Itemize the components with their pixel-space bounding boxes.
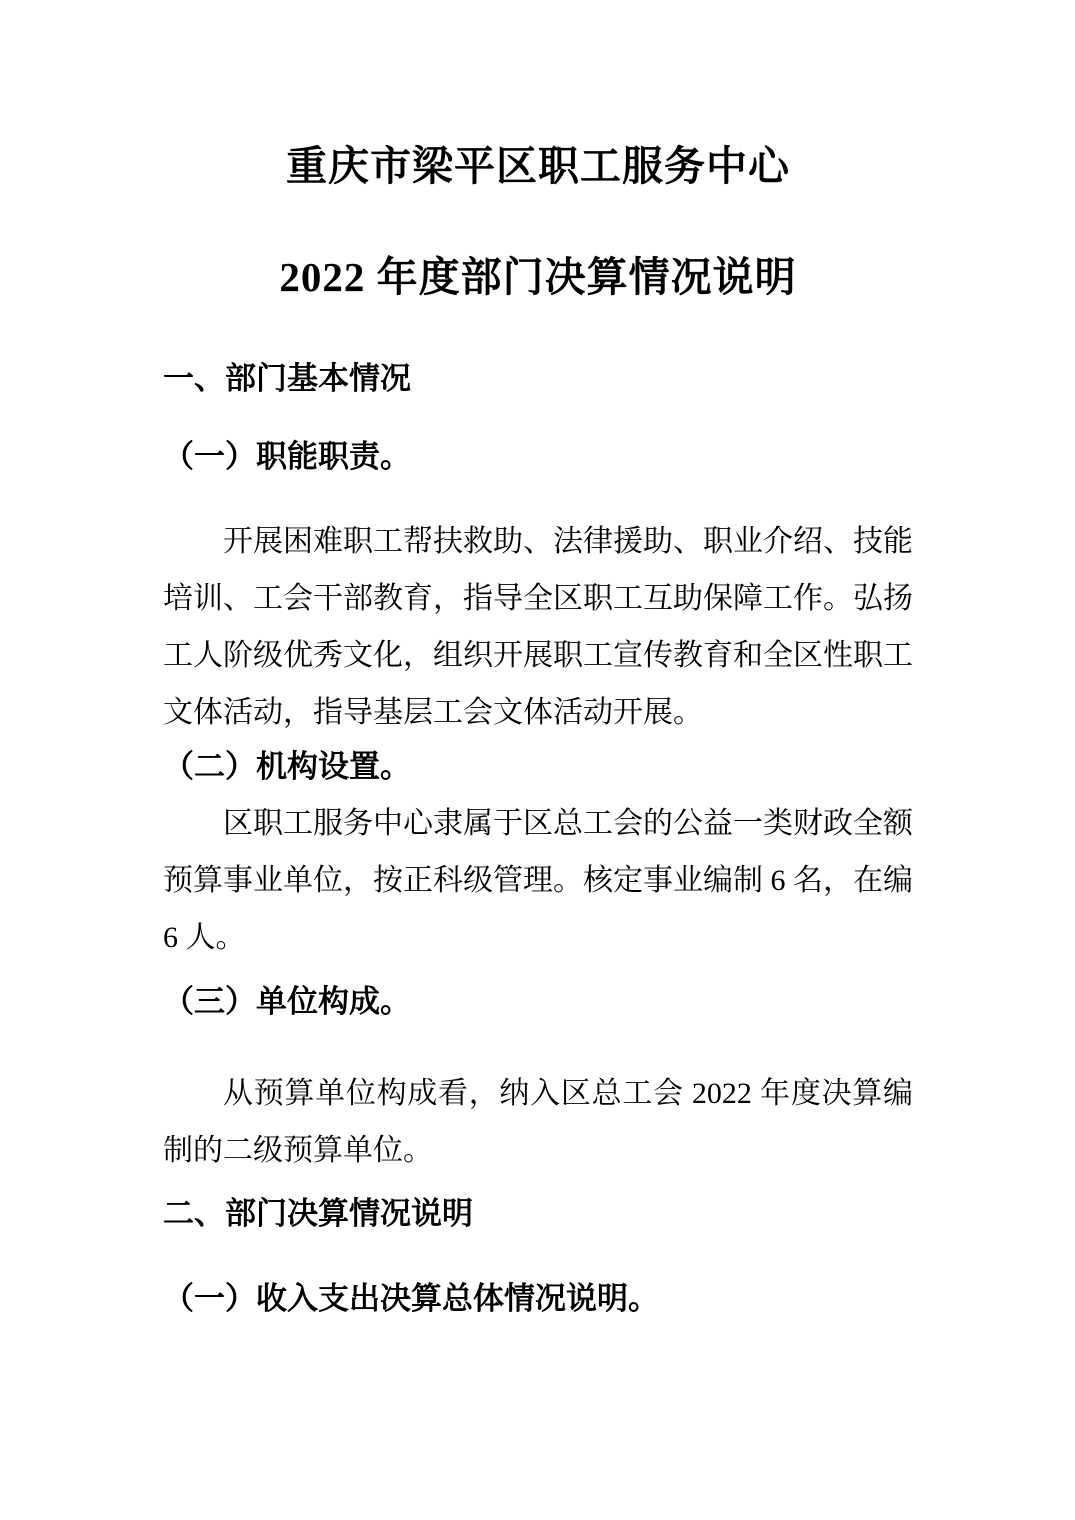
- section-2-heading: 二、部门决算情况说明: [163, 1192, 913, 1236]
- subsection-1-3-heading: （三）单位构成。: [163, 980, 913, 1024]
- subsection-1-1-heading: （一）职能职责。: [163, 435, 913, 479]
- subsection-1-2-heading: （二）机构设置。: [163, 745, 913, 789]
- subsection-1-1-paragraph: 开展困难职工帮扶救助、法律援助、职业介绍、技能培训、工会干部教育，指导全区职工互…: [163, 513, 913, 741]
- section-1-heading: 一、部门基本情况: [163, 357, 913, 401]
- subsection-1-2-paragraph: 区职工服务中心隶属于区总工会的公益一类财政全额预算事业单位，按正科级管理。核定事…: [163, 795, 913, 966]
- document-page: 重庆市梁平区职工服务中心 2022 年度部门决算情况说明 一、部门基本情况 （一…: [0, 0, 1075, 1520]
- document-title-line2: 2022 年度部门决算情况说明: [163, 251, 913, 303]
- document-title-line1: 重庆市梁平区职工服务中心: [163, 140, 913, 192]
- subsection-2-1-heading: （一）收入支出决算总体情况说明。: [163, 1277, 913, 1321]
- subsection-1-3-paragraph: 从预算单位构成看，纳入区总工会 2022 年度决算编制的二级预算单位。: [163, 1065, 913, 1179]
